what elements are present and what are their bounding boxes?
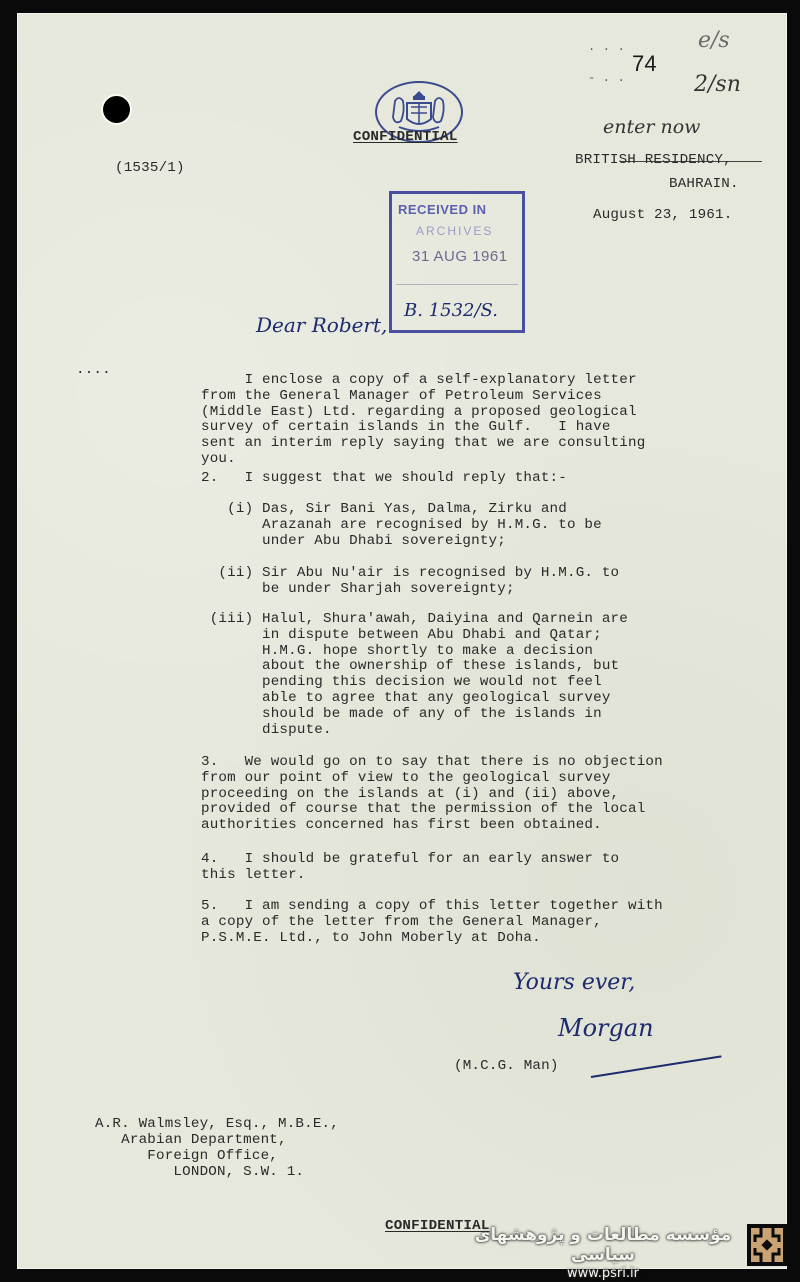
- folio-number: 74: [632, 52, 657, 76]
- letter-date: August 23, 1961.: [593, 208, 732, 224]
- classification-header: CONFIDENTIAL: [353, 130, 458, 146]
- stamp-divider: [396, 284, 518, 285]
- psri-logo-icon: [747, 1224, 787, 1266]
- paragraph-3: 3. We would go on to say that there is n…: [201, 755, 663, 834]
- margin-mark: ....: [76, 363, 111, 379]
- stamp-received-text: RECEIVED IN: [398, 202, 487, 217]
- letter-page: CONFIDENTIAL (1535/1) . . . 74 - . . e/s…: [17, 13, 787, 1269]
- archive-watermark: مؤسسه مطالعات و پژوهشهای سیاسی www.psri.…: [468, 1225, 738, 1281]
- paragraph-5: 5. I am sending a copy of this letter to…: [201, 899, 663, 946]
- closing: Yours ever,: [513, 970, 635, 995]
- folio-dots-top: . . .: [588, 40, 625, 56]
- recipient-line3: Foreign Office,: [95, 1149, 278, 1165]
- sender-address-line2: BAHRAIN.: [669, 177, 739, 193]
- signature: Morgan: [558, 1014, 654, 1042]
- stamp-archives-text: ARCHIVES: [416, 224, 493, 238]
- recipient-line1: A.R. Walmsley, Esq., M.B.E.,: [95, 1117, 339, 1133]
- recipient-line4: LONDON, S.W. 1.: [95, 1165, 304, 1181]
- file-reference: (1535/1): [115, 161, 185, 177]
- sender-address-line1: BRITISH RESIDENCY,: [575, 153, 732, 169]
- stamp-reference: B. 1532/S.: [404, 300, 498, 321]
- received-stamp: RECEIVED IN ARCHIVES 31 AUG 1961 B. 1532…: [389, 191, 525, 333]
- stamp-date: 31 AUG 1961: [412, 248, 508, 265]
- folio-dots-bottom: - . .: [588, 71, 625, 87]
- paragraph-2-item-ii: (ii) Sir Abu Nu'air is recognised by H.M…: [201, 566, 619, 598]
- paragraph-4: 4. I should be grateful for an early ans…: [201, 852, 619, 884]
- paragraph-1: I enclose a copy of a self-explanatory l…: [201, 373, 645, 468]
- paragraph-2-item-iii: (iii) Halul, Shura'awah, Daiyina and Qar…: [201, 612, 628, 738]
- punch-hole: [103, 96, 130, 123]
- salutation: Dear Robert,: [256, 313, 387, 337]
- recipient-line2: Arabian Department,: [95, 1133, 287, 1149]
- handwritten-note-top: enter now: [603, 116, 700, 138]
- signature-underline: [591, 1055, 722, 1078]
- paragraph-2: 2. I suggest that we should reply that:-: [201, 471, 567, 487]
- pencil-annotation-initials: e/s: [698, 28, 730, 53]
- paragraph-2-item-i: (i) Das, Sir Bani Yas, Dalma, Zirku and …: [201, 502, 602, 549]
- watermark-url: www.psri.ir: [468, 1266, 738, 1281]
- watermark-institution-name: مؤسسه مطالعات و پژوهشهای سیاسی: [468, 1225, 738, 1265]
- handwritten-annotation-2: 2/sn: [694, 72, 741, 97]
- signatory-name: (M.C.G. Man): [454, 1059, 559, 1075]
